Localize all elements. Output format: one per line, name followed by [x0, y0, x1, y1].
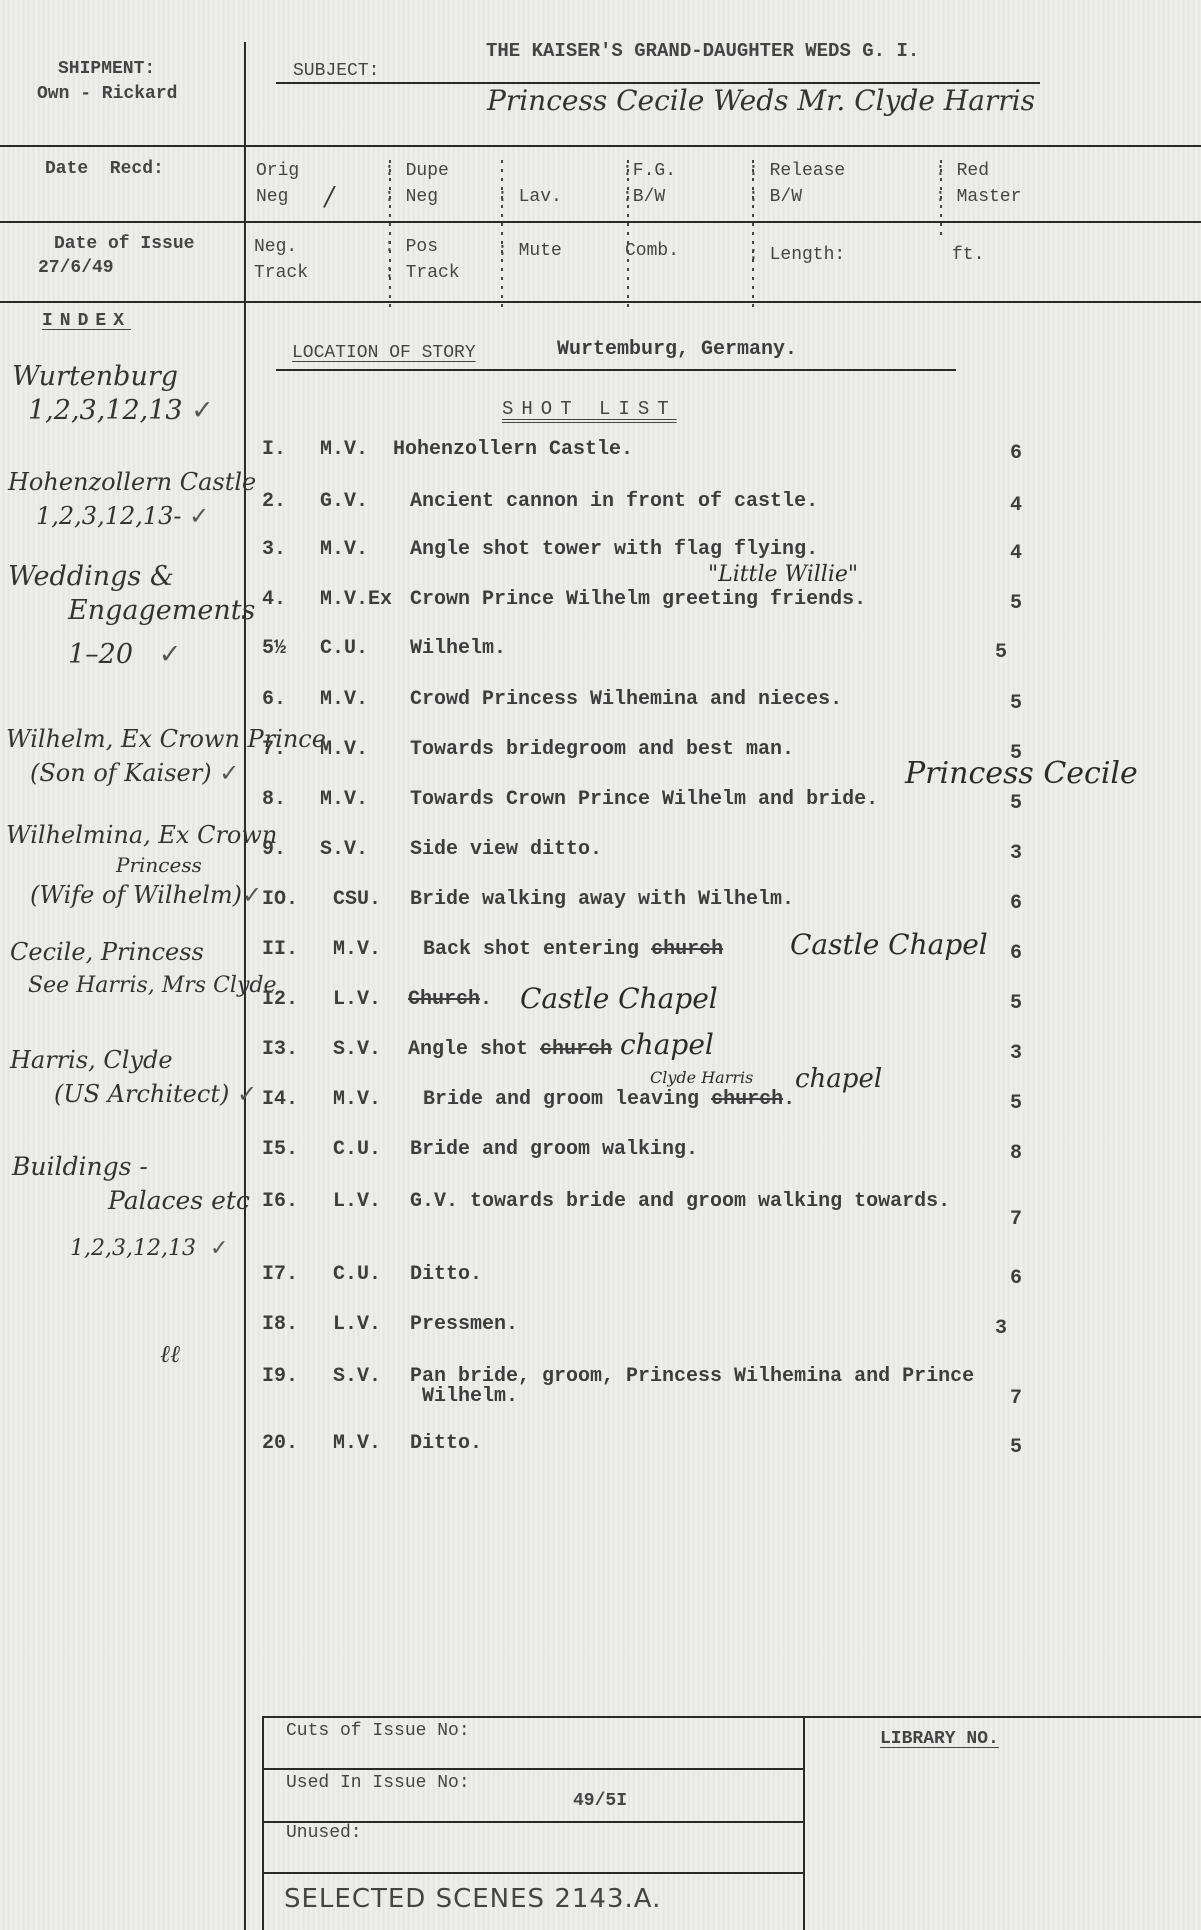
- check-icon: ✓: [219, 759, 239, 787]
- shot-length: 4: [1010, 542, 1022, 565]
- shot-type: M.V.: [320, 438, 368, 461]
- shot-list-heading: SHOT LIST: [502, 396, 677, 422]
- shot-length: 6: [1010, 892, 1022, 915]
- location-label: LOCATION OF STORY: [292, 340, 476, 366]
- shot-number: 20.: [262, 1432, 298, 1455]
- shot-number: 9.: [262, 838, 286, 861]
- shot-type: C.U.: [333, 1263, 381, 1286]
- check-icon: ✓: [237, 1080, 257, 1108]
- shot-desc-text: Side view ditto.: [410, 838, 602, 861]
- shot-description: Side view ditto.: [410, 838, 602, 861]
- shot-length: 7: [1010, 1208, 1022, 1231]
- shot-description: Church.: [408, 988, 492, 1011]
- shot-number: 6.: [262, 688, 286, 711]
- subject-title: THE KAISER'S GRAND-DAUGHTER WEDS G. I.: [486, 38, 919, 64]
- index-entry-text: Wurtenburg: [12, 360, 214, 394]
- subject-handwritten: Princess Cecile Weds Mr. Clyde Harris: [487, 84, 1035, 117]
- shot-number: I5.: [262, 1138, 298, 1161]
- index-entry-text: Weddings &: [8, 560, 255, 594]
- red-master-label: : Red : Master: [935, 158, 1021, 210]
- shot-type: S.V.: [320, 838, 368, 861]
- shot-desc-text: Ditto.: [410, 1263, 482, 1286]
- shot-number: II.: [262, 938, 298, 961]
- index-entry-sub: (Son of Kaiser): [30, 759, 212, 787]
- shot-type: M.V.: [320, 688, 368, 711]
- shot-desc-text: Towards Crown Prince Wilhelm and bride.: [410, 788, 878, 811]
- shot-number: 3.: [262, 538, 286, 561]
- shot-length: 4: [1010, 494, 1022, 517]
- date-issue-label: Date of Issue: [54, 231, 194, 257]
- rule-header-bottom: [0, 145, 1201, 147]
- shot-desc-text: Bride walking away with Wilhelm.: [410, 888, 794, 911]
- shot-type: S.V.: [333, 1038, 381, 1061]
- shot-description: Back shot entering church: [423, 938, 723, 961]
- index-entry-harris: Harris, Clyde (US Architect) ✓: [10, 1043, 257, 1111]
- index-entry-hohenzollern: Hohenzollern Castle 1,2,3,12,13- ✓: [8, 465, 256, 533]
- shot-length: 5: [1010, 592, 1022, 615]
- shot-length: 5: [1010, 692, 1022, 715]
- date-issue-value: 27/6/49: [38, 255, 114, 281]
- check-icon: ✓: [191, 395, 214, 426]
- shot-number: I2.: [262, 988, 298, 1011]
- shot-type: M.V.Ex: [320, 588, 392, 611]
- shot-desc-text: Towards bridegroom and best man.: [410, 738, 794, 761]
- shot-number: 7.: [262, 738, 286, 761]
- library-label: LIBRARY NO.: [880, 1726, 999, 1752]
- shipment-label: SHIPMENT:: [58, 56, 155, 82]
- shot-description: Pressmen.: [410, 1313, 518, 1336]
- shot-desc-text: Crown Prince Wilhelm greeting friends.: [410, 588, 866, 611]
- shot-type: M.V.: [333, 1432, 381, 1455]
- shot-description: Towards bridegroom and best man.: [410, 738, 794, 761]
- mute-label: : Mute: [497, 238, 562, 264]
- footer-left-rule: [262, 1716, 264, 1930]
- rule-grid-bottom: [0, 301, 1201, 303]
- shot-description: Angle shot tower with flag flying.: [410, 538, 818, 561]
- used-label: Used In Issue No:: [286, 1770, 470, 1796]
- location-value: Wurtemburg, Germany.: [557, 338, 797, 361]
- handwritten-annotation: chapel: [620, 1028, 714, 1061]
- lav-label: : Lav.: [497, 184, 562, 210]
- dupe-neg-label: : Dupe : Neg: [384, 158, 449, 210]
- shot-desc-text: Angle shot: [408, 1038, 528, 1061]
- initials-mark: ℓℓ: [160, 1340, 180, 1369]
- index-entry-cecile: Cecile, Princess See Harris, Mrs Clyde: [10, 935, 276, 1003]
- length-label: : Length:: [748, 242, 845, 268]
- handwritten-annotation: Castle Chapel: [520, 982, 718, 1015]
- shot-number: I3.: [262, 1038, 298, 1061]
- index-entry-wurtenburg: Wurtenburg 1,2,3,12,13 ✓: [12, 360, 214, 428]
- shot-length: 3: [995, 1317, 1007, 1340]
- shot-type: C.U.: [320, 637, 368, 660]
- shot-length: 3: [1010, 842, 1022, 865]
- shot-desc-text: Crowd Princess Wilhemina and nieces.: [410, 688, 842, 711]
- shot-length: 3: [1010, 1042, 1022, 1065]
- struck-text: Church: [408, 988, 480, 1011]
- shot-number: 8.: [262, 788, 286, 811]
- shot-type: M.V.: [320, 738, 368, 761]
- location-underline: [276, 369, 956, 371]
- index-entry-refs: 1,2,3,12,13: [70, 1236, 196, 1261]
- shot-type: M.V.: [333, 1088, 381, 1111]
- shot-type: L.V.: [333, 1190, 381, 1213]
- index-entry-text: Buildings -: [12, 1150, 250, 1184]
- shot-desc-text: Back shot entering: [423, 938, 639, 961]
- check-icon: ✓: [210, 1236, 228, 1261]
- shot-description: Crown Prince Wilhelm greeting friends.: [410, 588, 866, 611]
- shot-number: 2.: [262, 490, 286, 513]
- shot-description: Bride walking away with Wilhelm.: [410, 888, 794, 911]
- shot-description: Towards Crown Prince Wilhelm and bride.: [410, 788, 878, 811]
- shot-desc-text: Angle shot tower with flag flying.: [410, 538, 818, 561]
- shot-description: Crowd Princess Wilhemina and nieces.: [410, 688, 842, 711]
- index-entry-sub: (Wife of Wilhelm): [30, 881, 242, 909]
- index-entry-text: Hohenzollern Castle: [8, 465, 256, 499]
- subject-label: SUBJECT:: [293, 58, 379, 84]
- shot-number: 5½: [262, 637, 286, 660]
- handwritten-annotation: Castle Chapel: [790, 928, 988, 961]
- shot-number: I7.: [262, 1263, 298, 1286]
- index-entry-weddings: Weddings & Engagements 1–20 ✓: [8, 560, 255, 672]
- shot-desc-text: Hohenzollern Castle.: [393, 438, 633, 461]
- check-icon: ✓: [189, 502, 209, 530]
- shot-description: G.V. towards bride and groom walking tow…: [410, 1190, 950, 1213]
- shipment-value: Own - Rickard: [37, 81, 177, 107]
- pos-track-label: : Pos : Track: [384, 234, 460, 286]
- footer-rule: [262, 1872, 803, 1874]
- shot-description: Wilhelm.: [410, 637, 506, 660]
- shot-description: Angle shot church: [408, 1038, 612, 1061]
- index-entry-text: Harris, Clyde: [10, 1043, 257, 1077]
- grid-sep: [501, 160, 503, 310]
- shot-type: CSU.: [333, 888, 381, 911]
- shot-length: 7: [1010, 1387, 1022, 1410]
- selected-scenes: SELECTED SCENES 2143.A.: [284, 1884, 661, 1914]
- shot-number: I9.: [262, 1365, 298, 1388]
- handwritten-annotation: "Little Willie": [708, 562, 858, 587]
- shot-desc-text: Wilhelm.: [410, 637, 506, 660]
- shot-length: 6: [1010, 942, 1022, 965]
- index-heading: INDEX: [42, 308, 131, 334]
- index-entry-wilhelmina: Wilhelmina, Ex Crown Princess (Wife of W…: [6, 820, 277, 910]
- index-entry-text: Cecile, Princess: [10, 935, 276, 969]
- check-icon: ✓: [242, 881, 262, 909]
- neg-track-label: Neg. Track: [254, 234, 308, 286]
- shot-type: M.V.: [320, 538, 368, 561]
- shot-desc-text: Bride and groom leaving: [423, 1088, 699, 1111]
- orig-neg-label: Orig Neg: [256, 158, 299, 210]
- index-entry-sub: See Harris, Mrs Clyde: [10, 969, 276, 1003]
- struck-text: church: [540, 1038, 612, 1061]
- shot-length: 5: [1010, 992, 1022, 1015]
- shot-length: 5: [1010, 792, 1022, 815]
- length-unit: ft.: [952, 242, 984, 268]
- shot-number: I.: [262, 438, 286, 461]
- orig-neg-mark: /: [325, 182, 334, 212]
- check-icon: ✓: [159, 639, 182, 670]
- index-entry-refs: 1,2,3,12,13-: [36, 502, 182, 530]
- shot-desc-text: .: [783, 1088, 795, 1111]
- shot-type: G.V.: [320, 490, 368, 513]
- rule-grid-middle: [0, 221, 1201, 223]
- fg-bw-label: :F.G. :B/W: [622, 158, 676, 210]
- shot-description: Hohenzollern Castle.: [393, 438, 633, 461]
- unused-label: Unused:: [286, 1820, 362, 1846]
- shot-length: 8: [1010, 1142, 1022, 1165]
- shot-desc-text: Ancient cannon in front of castle.: [410, 490, 818, 513]
- shot-type: S.V.: [333, 1365, 381, 1388]
- footer-mid-rule: [803, 1716, 805, 1930]
- shot-type: L.V.: [333, 988, 381, 1011]
- comb-label: Comb.: [625, 238, 679, 264]
- shot-type: M.V.: [333, 938, 381, 961]
- shot-desc-text: .: [480, 988, 492, 1011]
- shot-desc-text: G.V. towards bride and groom walking tow…: [410, 1190, 950, 1213]
- handwritten-annotation: Princess Cecile: [905, 756, 1138, 791]
- index-entry-refs: 1,2,3,12,13: [28, 395, 183, 426]
- shot-description: Bride and groom leaving church.: [423, 1088, 795, 1111]
- shot-number: 4.: [262, 588, 286, 611]
- handwritten-annotation: chapel: [795, 1064, 882, 1094]
- date-recd-label: Date Recd:: [45, 156, 164, 182]
- handwritten-annotation: Clyde Harris: [650, 1068, 753, 1087]
- shot-type: M.V.: [320, 788, 368, 811]
- index-entry-sub: Engagements: [8, 594, 255, 628]
- shot-desc-text: Ditto.: [410, 1432, 482, 1455]
- struck-text: church: [711, 1088, 783, 1111]
- shot-length: 5: [1010, 1092, 1022, 1115]
- cuts-label: Cuts of Issue No:: [286, 1718, 470, 1744]
- shot-description: Ancient cannon in front of castle.: [410, 490, 818, 513]
- shot-length: 6: [1010, 1267, 1022, 1290]
- index-entry-sub: (US Architect): [54, 1080, 229, 1108]
- shot-number: I6.: [262, 1190, 298, 1213]
- shot-desc-text: Pressmen.: [410, 1313, 518, 1336]
- shot-number: I4.: [262, 1088, 298, 1111]
- index-entry-buildings: Buildings - Palaces etc 1,2,3,12,13 ✓: [12, 1150, 250, 1266]
- shot-number: I8.: [262, 1313, 298, 1336]
- index-entry-refs: 1–20: [68, 639, 133, 670]
- shot-description: Ditto.: [410, 1432, 482, 1455]
- index-entry-sub: Palaces etc: [12, 1184, 250, 1218]
- index-entry-sub: Princess: [6, 850, 277, 880]
- shot-description: Ditto.: [410, 1263, 482, 1286]
- used-value: 49/5I: [573, 1788, 627, 1814]
- shot-type: L.V.: [333, 1313, 381, 1336]
- shot-desc-text: Bride and groom walking.: [410, 1138, 698, 1161]
- shot-length: 5: [1010, 1436, 1022, 1459]
- struck-text: church: [651, 938, 723, 961]
- index-entry-text: Wilhelmina, Ex Crown: [6, 820, 277, 850]
- shot-length: 6: [1010, 442, 1022, 465]
- shot-number: IO.: [262, 888, 298, 911]
- shot-description-cont: Wilhelm.: [422, 1385, 518, 1408]
- shot-description: Bride and groom walking.: [410, 1138, 698, 1161]
- shot-type: C.U.: [333, 1138, 381, 1161]
- shot-length: 5: [995, 641, 1007, 664]
- release-bw-label: : Release : B/W: [748, 158, 845, 210]
